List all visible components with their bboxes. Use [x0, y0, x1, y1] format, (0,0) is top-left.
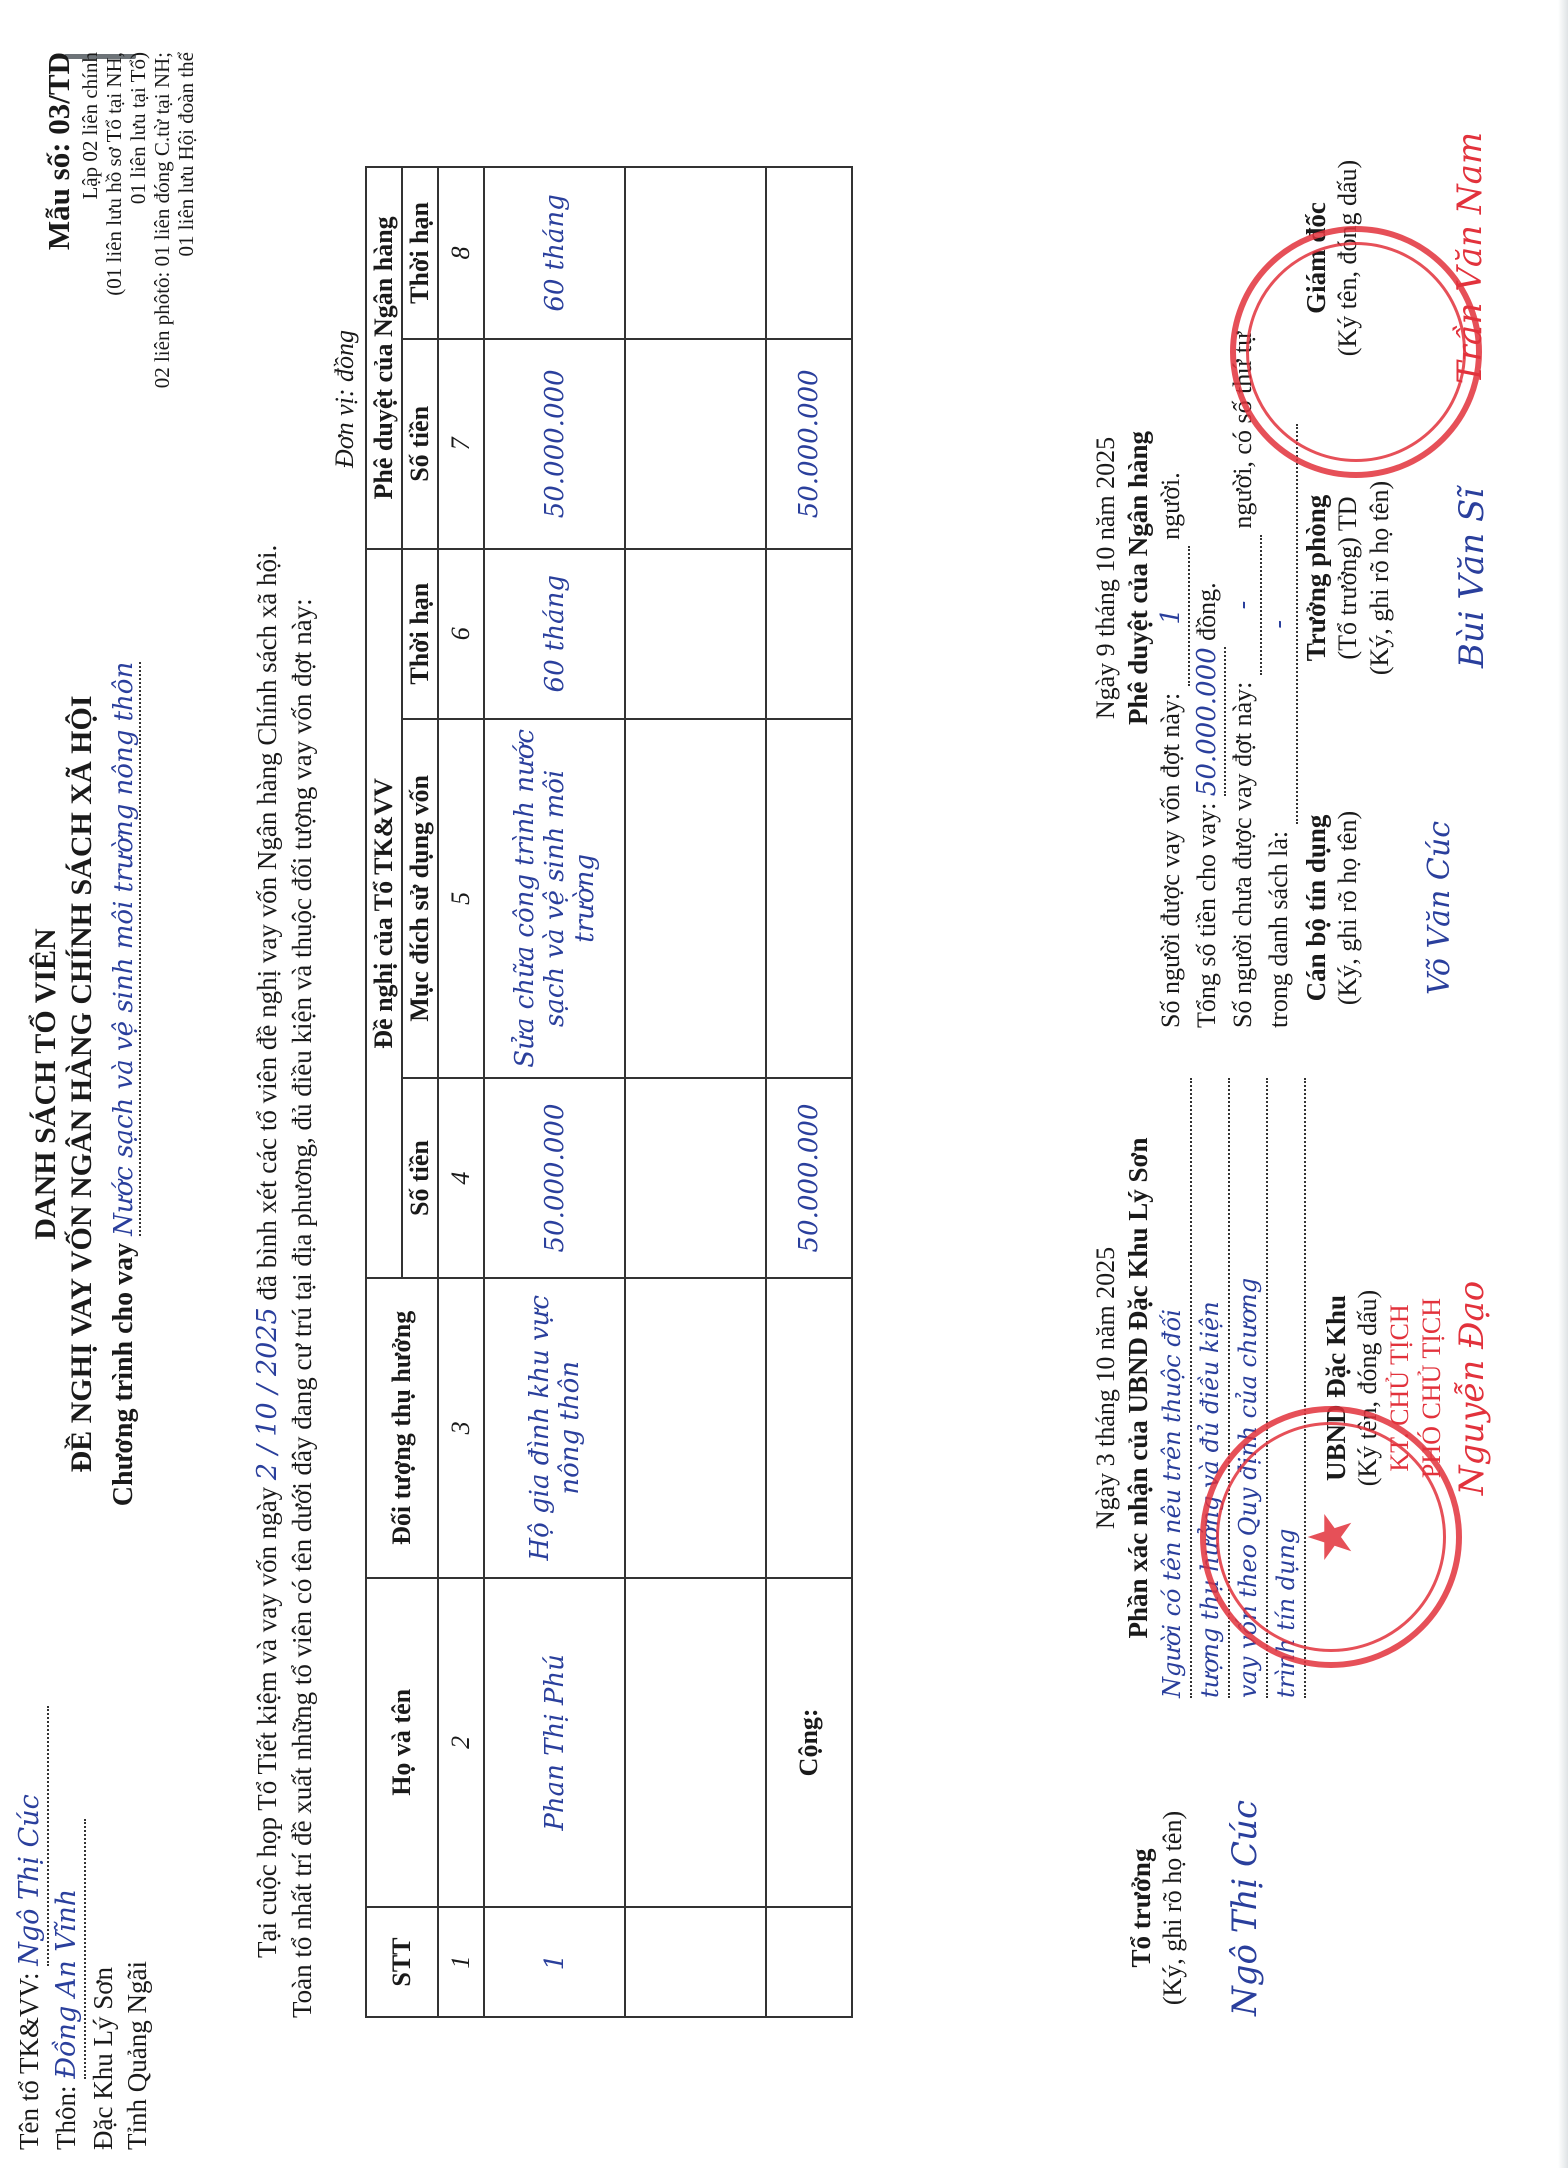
intro-paragraph: Tại cuộc họp Tổ Tiết kiệm và vay vốn ngà… — [250, 118, 319, 2018]
leader-signature-block: Tổ trưởng (Ký, ghi rõ họ tên) Ngô Thị Cú… — [1125, 1758, 1261, 2058]
leader-signature: Ngô Thị Cúc — [1229, 1758, 1261, 2058]
program-field: Nước sạch và vệ sinh môi trường nông thô… — [109, 662, 141, 1236]
member-table: STT Họ và tên Đối tượng thụ hưởng Đề ngh… — [365, 166, 853, 2018]
document-title: DANH SÁCH TỔ VIÊN ĐỀ NGHỊ VAY VỐN NGÂN H… — [28, 0, 148, 2168]
commune-signature: Nguyễn Đạo — [1456, 1078, 1488, 1698]
currency-unit: Đơn vị: đồng — [330, 330, 360, 468]
star-icon: ★ — [1296, 1510, 1366, 1564]
credit-officer-block: Cán bộ tín dụng (Ký, ghi rõ họ tên) Võ V… — [1300, 758, 1456, 1058]
bank-stamp — [1230, 226, 1482, 478]
table-row — [625, 167, 766, 2017]
total-row: Cộng: 50.000.000 50.000.000 — [766, 167, 852, 2017]
loan-request-document: Tên tổ TK&VV: Ngô Thị Cúc Thôn: Đồng An … — [0, 0, 1568, 2168]
commune-stamp: ★ — [1200, 1406, 1462, 1668]
meeting-date: 2 / 10 / 2025 — [252, 1307, 283, 1480]
table-row: 1 Phan Thị Phú Hộ gia đình khu vực nông … — [484, 167, 625, 2017]
